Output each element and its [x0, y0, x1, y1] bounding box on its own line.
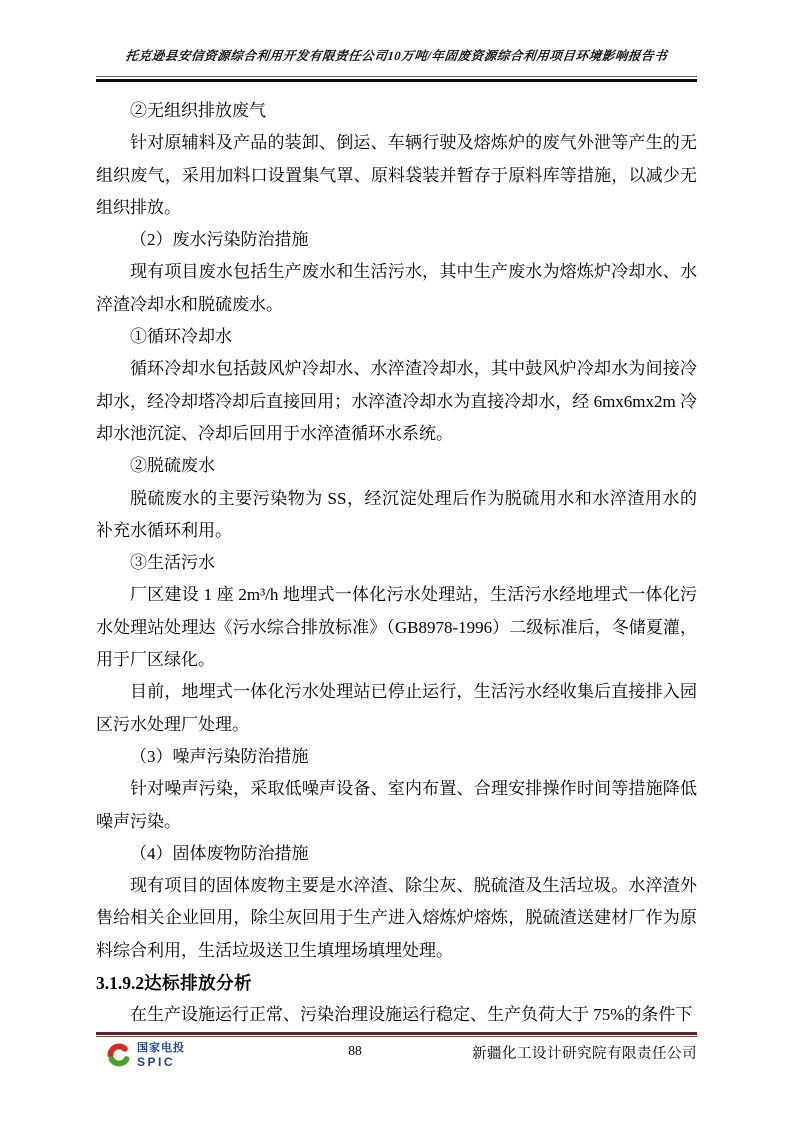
paragraph: （3）噪声污染防治措施: [96, 741, 697, 773]
heading-title: 达标排放分析: [144, 973, 252, 993]
paragraph: 脱硫废水的主要污染物为 SS，经沉淀处理后作为脱硫用水和水淬渣用水的补充水循环利…: [96, 483, 697, 548]
header-title: 托克逊县安信资源综合利用开发有限责任公司10万吨/年固废资源综合利用项目环境影响…: [69, 46, 724, 64]
paragraph: 在生产设施运行正常、污染治理设施运行稳定、生产负荷大于 75%的条件下: [96, 999, 697, 1031]
paragraph: 循环冷却水包括鼓风炉冷却水、水淬渣冷却水，其中鼓风炉冷却水为间接冷却水，经冷却塔…: [96, 353, 697, 450]
paragraph: 针对噪声污染，采取低噪声设备、室内布置、合理安排操作时间等措施降低噪声污染。: [96, 773, 697, 838]
document-body: ②无组织排放废气针对原辅料及产品的装卸、倒运、车辆行驶及熔炼炉的废气外泄等产生的…: [96, 95, 697, 1032]
paragraph: （2）废水污染防治措施: [96, 224, 697, 256]
paragraph: ①循环冷却水: [96, 321, 697, 353]
paragraph: （4）固体废物防治措施: [96, 838, 697, 870]
paragraph: 厂区建设 1 座 2m³/h 地埋式一体化污水处理站，生活污水经地埋式一体化污水…: [96, 579, 697, 676]
heading-number: 3.1.9.2: [96, 973, 144, 993]
paragraph: 现有项目废水包括生产废水和生活污水，其中生产废水为熔炼炉冷却水、水淬渣冷却水和脱…: [96, 256, 697, 321]
document-page: 托克逊县安信资源综合利用开发有限责任公司10万吨/年固废资源综合利用项目环境影响…: [0, 0, 793, 1122]
logo-text: 国家电投 SPIC: [137, 1043, 185, 1068]
footer-rule: [96, 1032, 697, 1037]
paragraph: 目前，地埋式一体化污水处理站已停止运行，生活污水经收集后直接排入园区污水处理厂处…: [96, 676, 697, 741]
section-heading: 3.1.9.2达标排放分析: [96, 967, 697, 999]
spic-logo: 国家电投 SPIC: [104, 1040, 185, 1070]
spic-logo-icon: [104, 1040, 134, 1070]
page-number: 88: [330, 1043, 380, 1059]
footer-company: 新疆化工设计研究院有限责任公司: [472, 1042, 697, 1063]
header-rule: [96, 76, 697, 82]
paragraph: ②脱硫废水: [96, 450, 697, 482]
paragraph: ③生活污水: [96, 547, 697, 579]
logo-name-cn: 国家电投: [137, 1043, 185, 1054]
paragraph: 针对原辅料及产品的装卸、倒运、车辆行驶及熔炼炉的废气外泄等产生的无组织废气，采用…: [96, 127, 697, 224]
paragraph: 现有项目的固体废物主要是水淬渣、除尘灰、脱硫渣及生活垃圾。水淬渣外售给相关企业回…: [96, 870, 697, 967]
paragraph: ②无组织排放废气: [96, 95, 697, 127]
logo-name-en: SPIC: [137, 1056, 185, 1068]
